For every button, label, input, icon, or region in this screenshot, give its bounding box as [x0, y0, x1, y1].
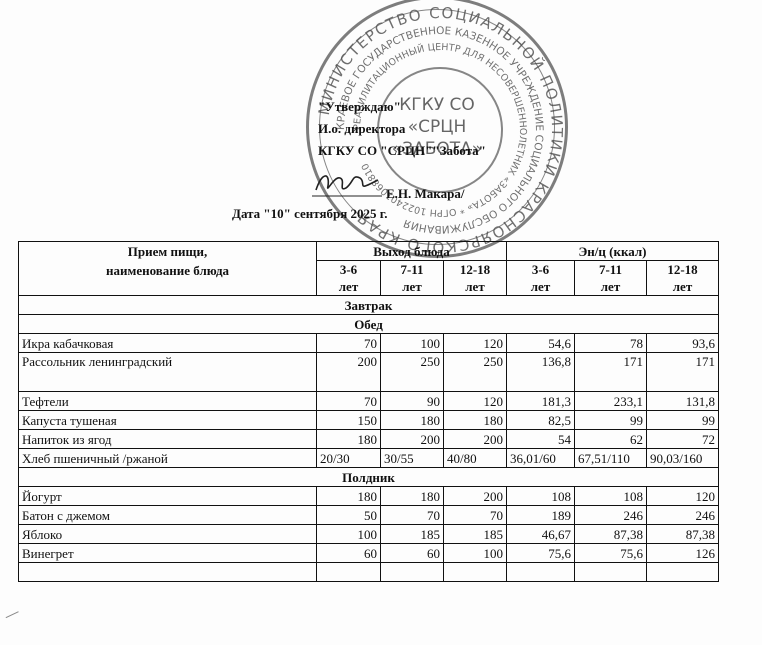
kcal-cell: 246	[647, 506, 719, 525]
kcal-cell: 90,03/160	[647, 449, 719, 468]
dish-name: Йогурт	[19, 487, 317, 506]
yield-cell: 100	[317, 525, 381, 544]
kcal-cell: 82,5	[507, 411, 575, 430]
yield-age-header: 12-18лет	[444, 261, 507, 296]
kcal-cell: 87,38	[575, 525, 647, 544]
age-range: 7-11	[384, 261, 440, 278]
kcal-cell: 120	[647, 487, 719, 506]
yield-cell: 200	[444, 487, 507, 506]
scan-mark	[6, 611, 21, 621]
kcal-cell: 189	[507, 506, 575, 525]
yield-cell: 100	[444, 544, 507, 563]
section-title: Обед	[19, 315, 719, 334]
kcal-cell: 93,6	[647, 334, 719, 353]
energy-age-header: 7-11лет	[575, 261, 647, 296]
dish-name: Напиток из ягод	[19, 430, 317, 449]
yield-cell: 70	[317, 392, 381, 411]
dish-name: Капуста тушеная	[19, 411, 317, 430]
age-range: 3-6	[510, 261, 571, 278]
kcal-cell: 108	[575, 487, 647, 506]
age-unit: лет	[447, 278, 503, 295]
yield-cell: 200	[317, 353, 381, 392]
table-row: Капуста тушеная15018018082,59999	[19, 411, 719, 430]
organization-label: КГКУ СО "СРЦН""Забота"	[318, 143, 486, 159]
yield-cell	[381, 563, 444, 582]
table-row: Батон с джемом507070189246246	[19, 506, 719, 525]
yield-cell: 20/30	[317, 449, 381, 468]
kcal-cell: 108	[507, 487, 575, 506]
kcal-cell: 54,6	[507, 334, 575, 353]
age-unit: лет	[650, 278, 715, 295]
yield-cell: 30/55	[381, 449, 444, 468]
yield-cell: 180	[444, 411, 507, 430]
yield-cell: 180	[317, 430, 381, 449]
dish-name: Винегрет	[19, 544, 317, 563]
table-row: Тефтели7090120181,3233,1131,8	[19, 392, 719, 411]
table-row: Яблоко10018518546,6787,3887,38	[19, 525, 719, 544]
kcal-cell: 62	[575, 430, 647, 449]
age-range: 12-18	[447, 261, 503, 278]
yield-cell: 180	[317, 487, 381, 506]
position-label: И.о. директора	[318, 121, 405, 137]
energy-group-header: Эн/ц (ккал)	[507, 242, 719, 261]
meal-header-line2: наименование блюда	[22, 261, 313, 280]
kcal-cell: 46,67	[507, 525, 575, 544]
kcal-cell: 126	[647, 544, 719, 563]
kcal-cell: 75,6	[507, 544, 575, 563]
kcal-cell: 78	[575, 334, 647, 353]
dish-name: Рассольник ленинградский	[19, 353, 317, 392]
yield-cell: 40/80	[444, 449, 507, 468]
yield-cell: 90	[381, 392, 444, 411]
yield-cell: 150	[317, 411, 381, 430]
kcal-cell	[507, 563, 575, 582]
yield-cell: 70	[317, 334, 381, 353]
kcal-cell: 75,6	[575, 544, 647, 563]
yield-cell	[444, 563, 507, 582]
yield-cell: 120	[444, 392, 507, 411]
yield-cell: 60	[381, 544, 444, 563]
table-row: Икра кабачковая7010012054,67893,6	[19, 334, 719, 353]
yield-cell: 120	[444, 334, 507, 353]
yield-cell: 60	[317, 544, 381, 563]
energy-age-header: 3-6лет	[507, 261, 575, 296]
table-row: Напиток из ягод180200200546272	[19, 430, 719, 449]
kcal-cell: 67,51/110	[575, 449, 647, 468]
section-title: Завтрак	[19, 296, 719, 315]
yield-age-header: 3-6лет	[317, 261, 381, 296]
kcal-cell: 54	[507, 430, 575, 449]
kcal-cell: 131,8	[647, 392, 719, 411]
dish-name: Хлеб пшеничный /ржаной	[19, 449, 317, 468]
table-row: Винегрет606010075,675,6126	[19, 544, 719, 563]
energy-age-header: 12-18лет	[647, 261, 719, 296]
yield-cell: 200	[381, 430, 444, 449]
yield-cell: 250	[381, 353, 444, 392]
age-unit: лет	[320, 278, 377, 295]
section-row: Обед	[19, 315, 719, 334]
dish-name: Яблоко	[19, 525, 317, 544]
yield-cell: 180	[381, 411, 444, 430]
yield-cell: 180	[381, 487, 444, 506]
kcal-cell: 87,38	[647, 525, 719, 544]
kcal-cell	[647, 563, 719, 582]
yield-cell: 185	[381, 525, 444, 544]
yield-cell: 70	[381, 506, 444, 525]
yield-cell: 50	[317, 506, 381, 525]
age-range: 12-18	[650, 261, 715, 278]
table-row: Йогурт180180200108108120	[19, 487, 719, 506]
signatory-name: Е.Н. Макара/	[386, 186, 464, 202]
menu-body: ЗавтракОбедИкра кабачковая7010012054,678…	[19, 296, 719, 582]
dish-name: Батон с джемом	[19, 506, 317, 525]
age-range: 7-11	[578, 261, 643, 278]
age-unit: лет	[578, 278, 643, 295]
signature	[312, 168, 382, 198]
section-row: Полдник	[19, 468, 719, 487]
kcal-cell: 233,1	[575, 392, 647, 411]
kcal-cell: 99	[575, 411, 647, 430]
kcal-cell: 246	[575, 506, 647, 525]
yield-cell: 250	[444, 353, 507, 392]
approval-date: Дата "10" сентября 2025 г.	[232, 206, 387, 222]
yield-cell: 70	[444, 506, 507, 525]
table-row: Рассольник ленинградский200250250136,817…	[19, 353, 719, 392]
dish-name	[19, 563, 317, 582]
section-row: Завтрак	[19, 296, 719, 315]
approve-label: "Утверждаю"	[318, 99, 401, 115]
yield-cell: 100	[381, 334, 444, 353]
dish-name: Икра кабачковая	[19, 334, 317, 353]
meal-column-header: Прием пищи, наименование блюда	[19, 242, 317, 296]
kcal-cell: 72	[647, 430, 719, 449]
dish-name: Тефтели	[19, 392, 317, 411]
meal-header-line1: Прием пищи,	[22, 242, 313, 261]
approval-block: МИНИСТЕРСТВО СОЦИАЛЬНОЙ ПОЛИТИКИ КРАСНОЯ…	[0, 0, 762, 240]
yield-cell	[317, 563, 381, 582]
age-unit: лет	[384, 278, 440, 295]
yield-group-header: Выход блюда	[317, 242, 507, 261]
yield-cell: 185	[444, 525, 507, 544]
kcal-cell: 181,3	[507, 392, 575, 411]
yield-age-header: 7-11лет	[381, 261, 444, 296]
age-range: 3-6	[320, 261, 377, 278]
table-row	[19, 563, 719, 582]
kcal-cell: 99	[647, 411, 719, 430]
section-title: Полдник	[19, 468, 719, 487]
yield-cell: 200	[444, 430, 507, 449]
kcal-cell: 171	[575, 353, 647, 392]
kcal-cell: 36,01/60	[507, 449, 575, 468]
age-unit: лет	[510, 278, 571, 295]
kcal-cell: 171	[647, 353, 719, 392]
menu-table: Прием пищи, наименование блюда Выход блю…	[18, 241, 719, 582]
kcal-cell	[575, 563, 647, 582]
kcal-cell: 136,8	[507, 353, 575, 392]
table-row: Хлеб пшеничный /ржаной20/3030/5540/8036,…	[19, 449, 719, 468]
